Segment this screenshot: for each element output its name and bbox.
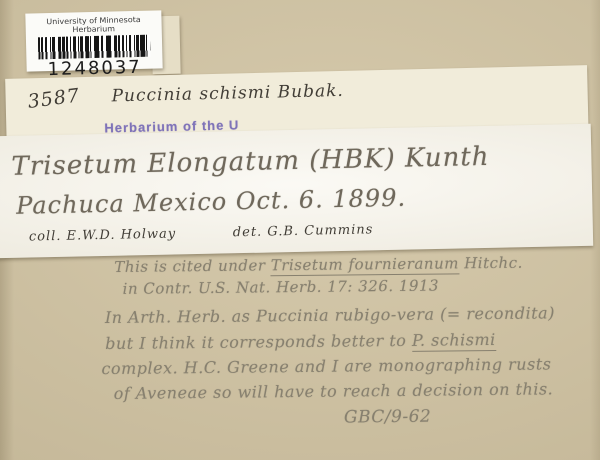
note-paragraph-line2-pre: but I think it corresponds better to (105, 331, 412, 353)
note-citation-line: This is cited under Trisetum fournieranu… (114, 254, 523, 276)
note-citation-reference: in Contr. U.S. Nat. Herb. 17: 326. 1913 (123, 277, 440, 298)
note-paragraph-line2-species: P. schismi (412, 330, 496, 352)
herbarium-sheet: University of Minnesota Herbarium 124803… (0, 0, 600, 460)
note-citation-species: Trisetum fournieranum (271, 254, 459, 276)
note-paragraph-line3: complex. H.C. Greene and I are monograph… (101, 354, 551, 378)
note-signature: GBC/9-62 (344, 407, 432, 428)
pencil-notes: This is cited under Trisetum fournieranu… (0, 0, 600, 460)
note-paragraph-line4: of Aveneae so will have to reach a decis… (114, 379, 554, 403)
note-citation-pre: This is cited under (114, 256, 271, 276)
note-citation-post: Hitchc. (459, 254, 523, 273)
note-paragraph-line1: In Arth. Herb. as Puccinia rubigo-vera (… (105, 303, 555, 327)
note-paragraph-line2: but I think it corresponds better to P. … (105, 330, 496, 353)
